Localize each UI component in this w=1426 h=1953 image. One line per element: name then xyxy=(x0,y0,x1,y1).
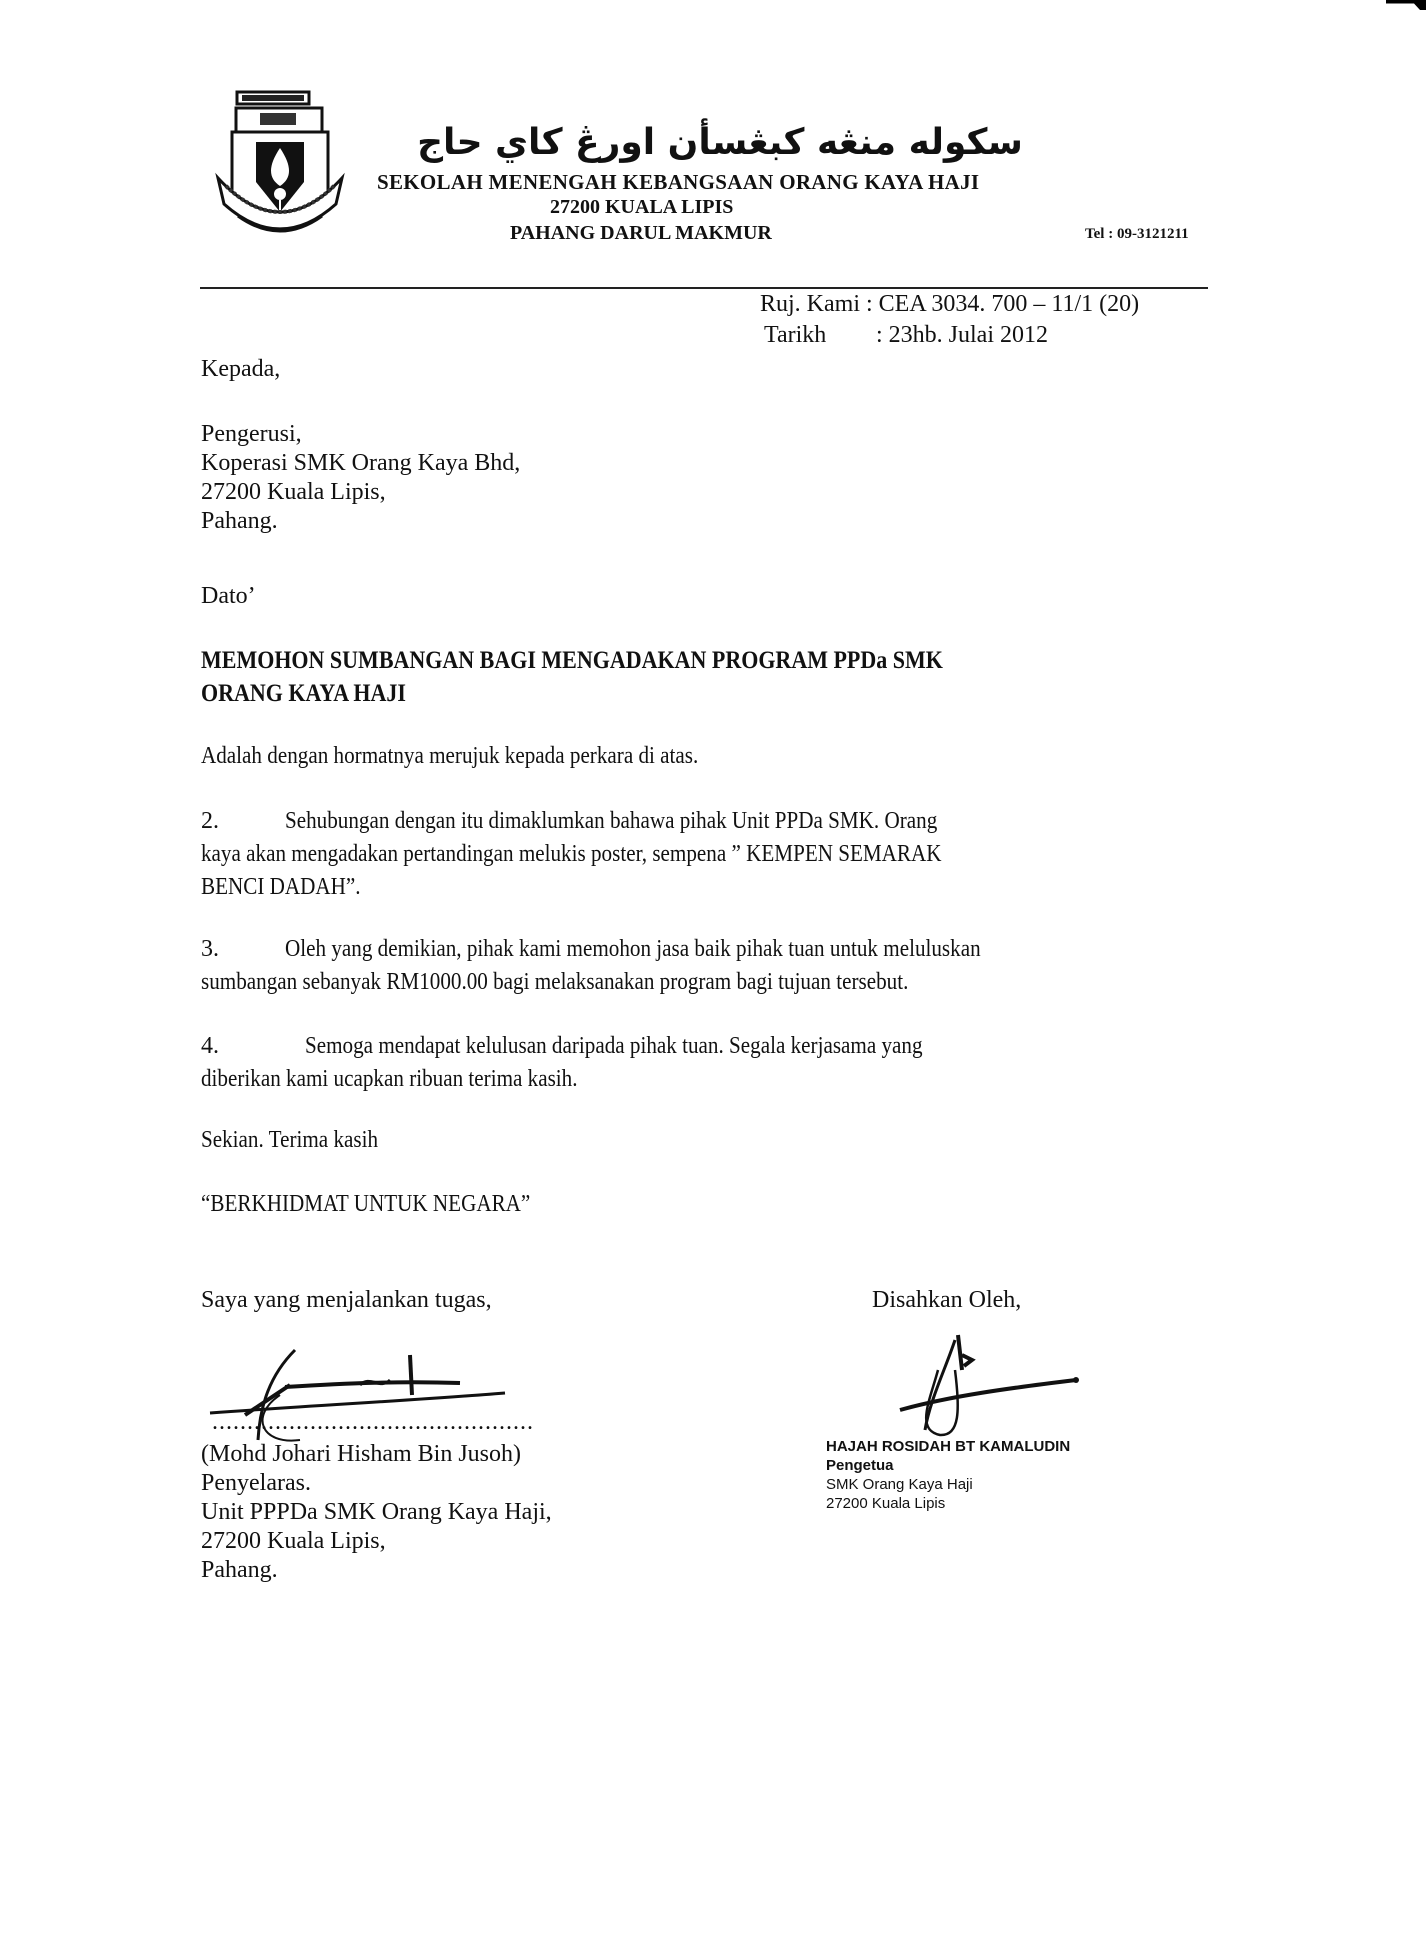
to-label: Kepada, xyxy=(201,355,280,384)
paragraph-4: 4.Semoga mendapat kelulusan daripada pih… xyxy=(201,1032,1007,1094)
scan-corner-mark xyxy=(1386,0,1426,10)
stamp-org: SMK Orang Kaya Haji xyxy=(826,1475,1070,1494)
signature-dotted-line: ........................................… xyxy=(212,1408,534,1437)
reference-block: Ruj. Kami : CEA 3034. 700 – 11/1 (20) Ta… xyxy=(760,290,1139,350)
stamp-title: Pengetua xyxy=(826,1456,1070,1475)
date-value: : 23hb. Julai 2012 xyxy=(876,322,1048,348)
subject-line-1: MEMOHON SUMBANGAN BAGI MENGADAKAN PROGRA… xyxy=(201,646,943,675)
subject-line-2: ORANG KAYA HAJI xyxy=(201,679,406,708)
school-name-jawi: سكوله منڠه كبڠسأن اورڠ كاي حاج xyxy=(400,122,1040,163)
header-divider xyxy=(200,287,1208,289)
left-signatory-block: (Mohd Johari Hisham Bin Jusoh) Penyelara… xyxy=(201,1440,552,1585)
left-signatory-city: 27200 Kuala Lipis, xyxy=(201,1527,552,1556)
left-signatory-title: Penyelaras. xyxy=(201,1469,552,1498)
school-name: SEKOLAH MENENGAH KEBANGSAAN ORANG KAYA H… xyxy=(377,170,979,195)
school-telephone: Tel : 09-3121211 xyxy=(1085,226,1189,243)
subject: MEMOHON SUMBANGAN BAGI MENGADAKAN PROGRA… xyxy=(201,646,1044,708)
left-signatory-name: (Mohd Johari Hisham Bin Jusoh) xyxy=(201,1440,552,1469)
school-crest-icon xyxy=(212,86,362,236)
recipient-line: 27200 Kuala Lipis, xyxy=(201,478,520,507)
ref-value: : CEA 3034. 700 – 11/1 (20) xyxy=(866,291,1139,317)
right-signature-icon xyxy=(890,1330,1090,1440)
paragraph-number: 3. xyxy=(201,935,285,964)
school-postcode-city: 27200 KUALA LIPIS xyxy=(550,196,733,219)
paragraph-number: 2. xyxy=(201,807,285,836)
motto: “BERKHIDMAT UNTUK NEGARA” xyxy=(201,1190,530,1219)
paragraph-number: 4. xyxy=(201,1032,305,1061)
recipient-line: Pengerusi, xyxy=(201,420,520,449)
school-state: PAHANG DARUL MAKMUR xyxy=(510,222,772,245)
left-signatory-org: Unit PPPDa SMK Orang Kaya Haji, xyxy=(201,1498,552,1527)
left-signatory-state: Pahang. xyxy=(201,1556,552,1585)
paragraph-2: 2.Sehubungan dengan itu dimaklumkan baha… xyxy=(201,807,1043,902)
recipient-address: Pengerusi, Koperasi SMK Orang Kaya Bhd, … xyxy=(201,420,520,536)
salutation: Dato’ xyxy=(201,582,256,611)
date-label: Tarikh xyxy=(760,321,870,350)
closing-line: Sekian. Terima kasih xyxy=(201,1126,378,1155)
ref-label: Ruj. Kami xyxy=(760,291,860,317)
stamp-city: 27200 Kuala Lipis xyxy=(826,1494,1070,1513)
right-signatory-intro: Disahkan Oleh, xyxy=(872,1286,1021,1315)
stamp-name: HAJAH ROSIDAH BT KAMALUDIN xyxy=(826,1437,1070,1456)
recipient-line: Koperasi SMK Orang Kaya Bhd, xyxy=(201,449,520,478)
opening-line: Adalah dengan hormatnya merujuk kepada p… xyxy=(201,742,698,771)
paragraph-3: 3.Oleh yang demikian, pihak kami memohon… xyxy=(201,935,1076,997)
left-signatory-intro: Saya yang menjalankan tugas, xyxy=(201,1286,492,1315)
recipient-line: Pahang. xyxy=(201,507,520,536)
principal-stamp: HAJAH ROSIDAH BT KAMALUDIN Pengetua SMK … xyxy=(826,1437,1070,1513)
